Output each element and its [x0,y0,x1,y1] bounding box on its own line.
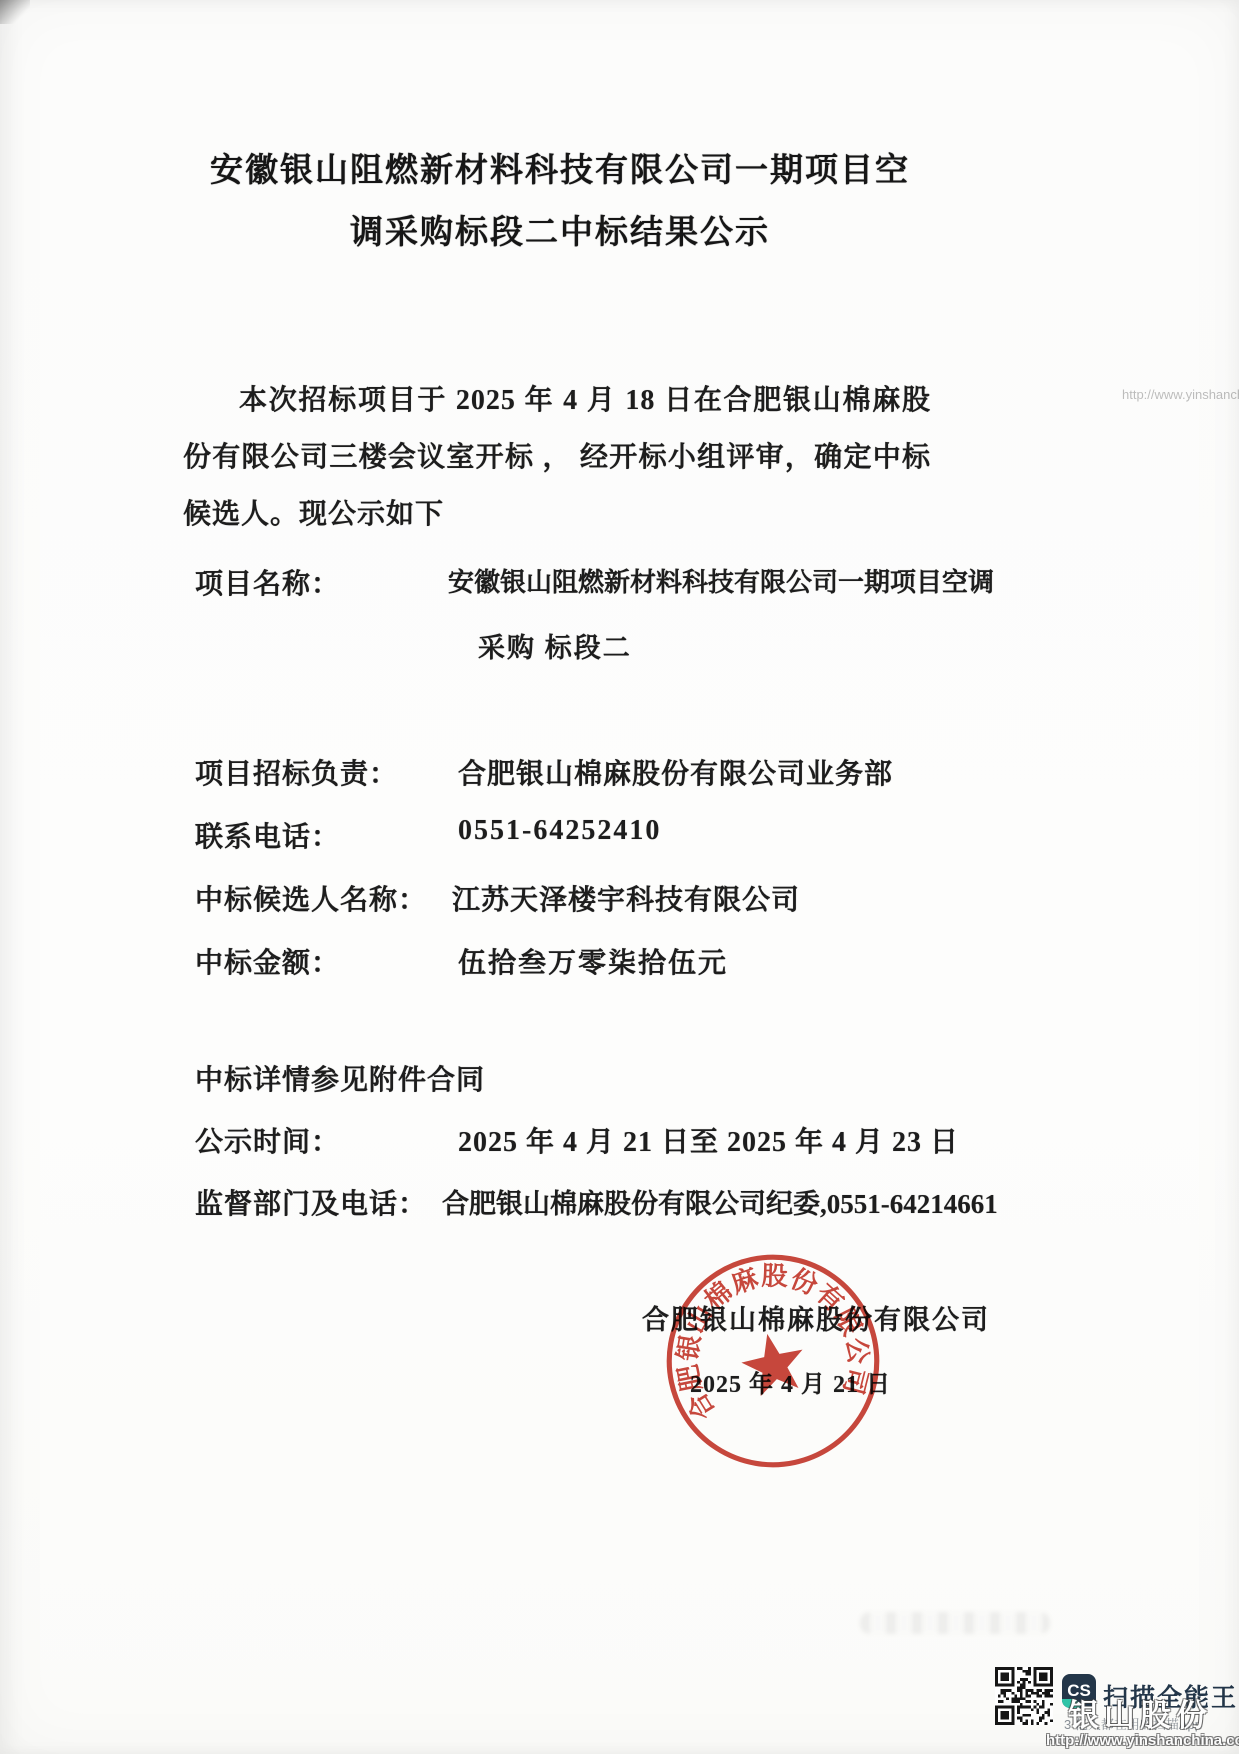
watermark-url: http://www.yinshanchina.com [1046,1732,1239,1749]
field-value-publicity-time: 2025 年 4 月 21 日至 2025 年 4 月 23 日 [458,1120,959,1160]
field-label-contact-phone: 联系电话： [195,815,340,855]
detail-note: 中标详情参见附件合同 [195,1058,485,1098]
scanned-document-page: http://www.yinshanchina.com 安徽银山阻燃新材料科技有… [0,0,1239,1754]
field-value-supervision: 合肥银山棉麻股份有限公司纪委,0551-64214661 [442,1182,998,1221]
qr-code [995,1666,1053,1726]
side-url-watermark: http://www.yinshanchina.com [1122,387,1239,402]
field-label-publicity-time: 公示时间： [195,1120,340,1160]
company-watermark-text: 银山股份 [1068,1690,1212,1735]
field-value-winning-candidate: 江苏天泽楼宇科技有限公司 [452,878,800,918]
field-label-tender-department: 项目招标负责： [195,752,398,792]
document-title-line1: 安徽银山阻燃新材料科技有限公司一期项目空 [180,140,940,202]
field-label-project-name: 项目名称： [195,562,340,602]
seal-star-icon [737,1327,810,1398]
field-value-project-name-line2: 采购 标段二 [478,626,632,665]
field-value-contact-phone: 0551-64252410 [458,815,661,847]
field-value-tender-department: 合肥银山棉麻股份有限公司业务部 [458,752,893,792]
field-value-winning-amount: 伍拾叁万零柒拾伍元 [458,941,728,981]
scan-corner-artifact [0,0,30,24]
document-title: 安徽银山阻燃新材料科技有限公司一期项目空 调采购标段二中标结果公示 [180,140,940,264]
field-label-winning-candidate: 中标候选人名称： [195,878,427,918]
intro-paragraph: 本次招标项目于 2025 年 4 月 18 日在合肥银山棉麻股份有限公司三楼会议… [183,372,931,543]
scan-artifact [860,1612,1050,1634]
company-seal-stamp: 合肥银山棉麻股份有限公司 [639,1227,907,1495]
field-label-supervision: 监督部门及电话： [195,1182,427,1222]
document-title-line2: 调采购标段二中标结果公示 [180,202,940,264]
field-value-project-name: 安徽银山阻燃新材料科技有限公司一期项目空调 [448,562,994,599]
field-label-winning-amount: 中标金额： [195,941,340,981]
